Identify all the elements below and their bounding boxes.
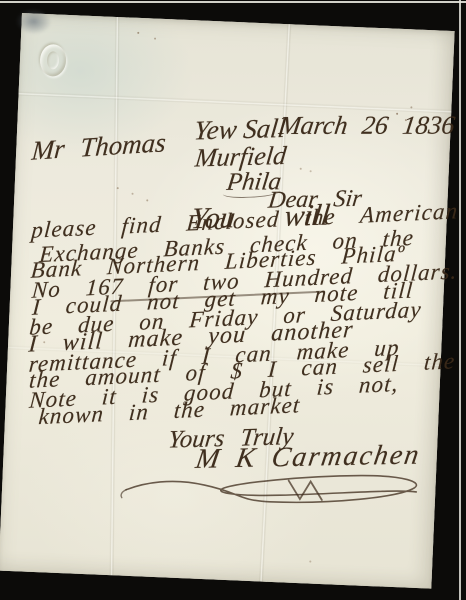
mat-edge-line-right bbox=[459, 0, 461, 600]
letter-paper: Mr Thomas Yew Sall March 26 1836 Murfiel… bbox=[0, 13, 455, 589]
embossed-seal bbox=[39, 44, 66, 77]
place-name: Yew Sall bbox=[193, 115, 287, 145]
ink-smudge bbox=[15, 8, 52, 35]
date-line: March 26 1836 bbox=[277, 113, 456, 139]
mat-edge-line-top bbox=[0, 1, 466, 3]
recipient-name: Mr Thomas bbox=[31, 129, 167, 165]
foxing-spots bbox=[137, 32, 139, 34]
scanned-letter-photo: Mr Thomas Yew Sall March 26 1836 Murfiel… bbox=[0, 0, 466, 600]
recipient-surname: Murfield bbox=[194, 143, 288, 172]
